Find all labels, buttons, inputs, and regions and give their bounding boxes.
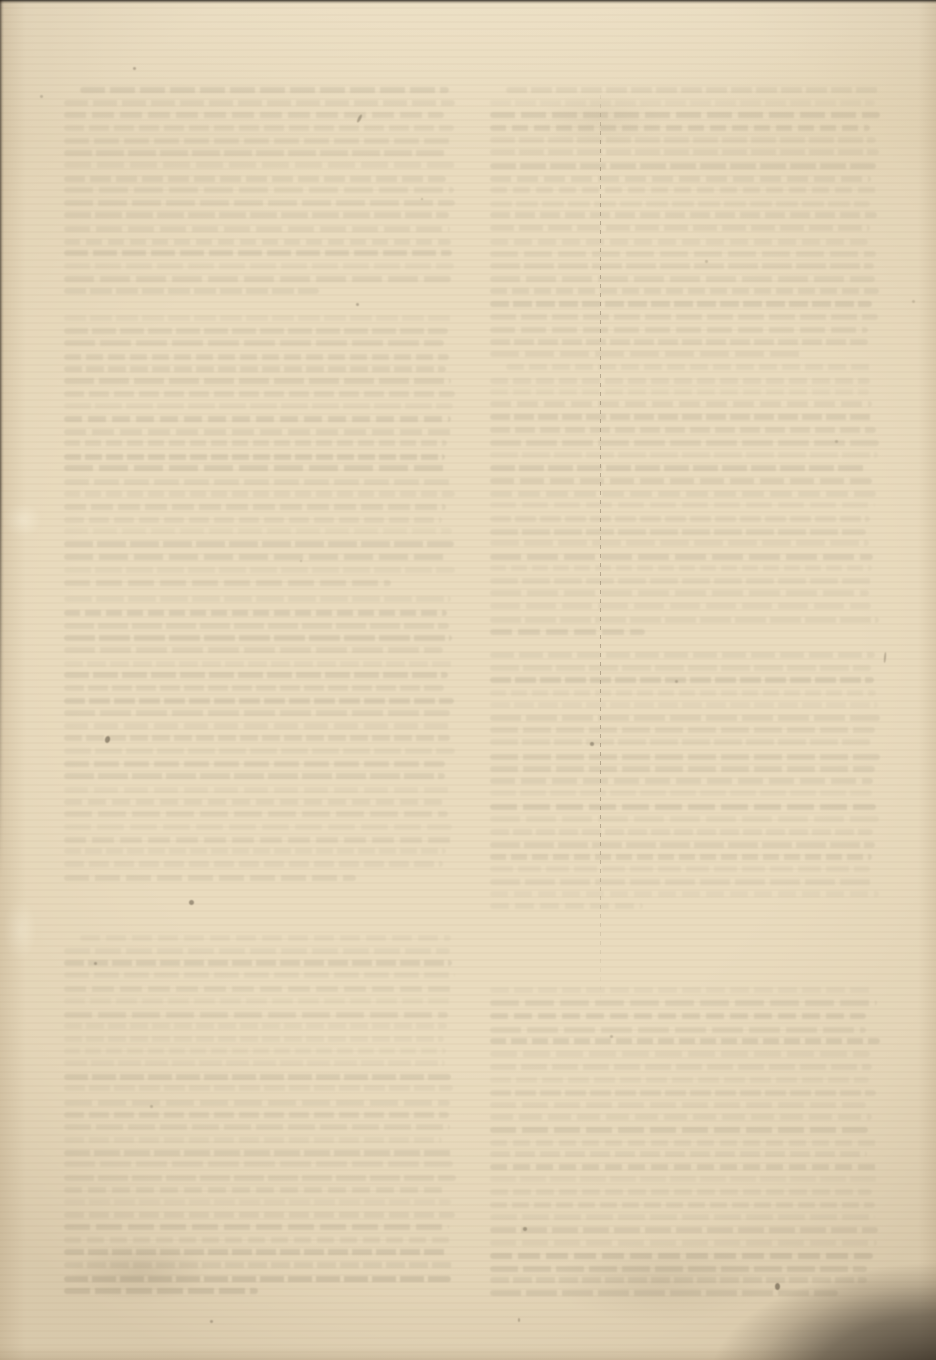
paper-speck — [150, 1105, 153, 1108]
paper-speck — [610, 1035, 613, 1038]
paper-speck — [518, 1318, 520, 1322]
paper-speck — [705, 260, 708, 263]
paper-speck — [835, 440, 838, 443]
paper-speck — [421, 198, 423, 200]
paper-speck — [590, 742, 594, 746]
paper-speck — [210, 1320, 213, 1323]
paper-speck — [189, 900, 194, 905]
paper-speck — [356, 303, 359, 306]
paper-speck — [912, 300, 915, 303]
paper-speck — [40, 95, 43, 98]
paper-speck — [675, 680, 678, 683]
scanned-page: Severely faded scan of an aged two-colum… — [0, 0, 936, 1360]
scan-top-border — [0, 0, 936, 4]
vignette-overlay — [0, 0, 936, 1360]
paper-speck — [133, 67, 136, 70]
scan-left-edge — [0, 0, 4, 880]
corner-shadow — [616, 1180, 936, 1360]
paper-speck — [775, 1283, 780, 1290]
paper-speck — [300, 560, 302, 562]
right-edge-shade — [918, 0, 936, 1360]
paper-speck — [94, 962, 97, 965]
paper-speck — [523, 1227, 527, 1231]
